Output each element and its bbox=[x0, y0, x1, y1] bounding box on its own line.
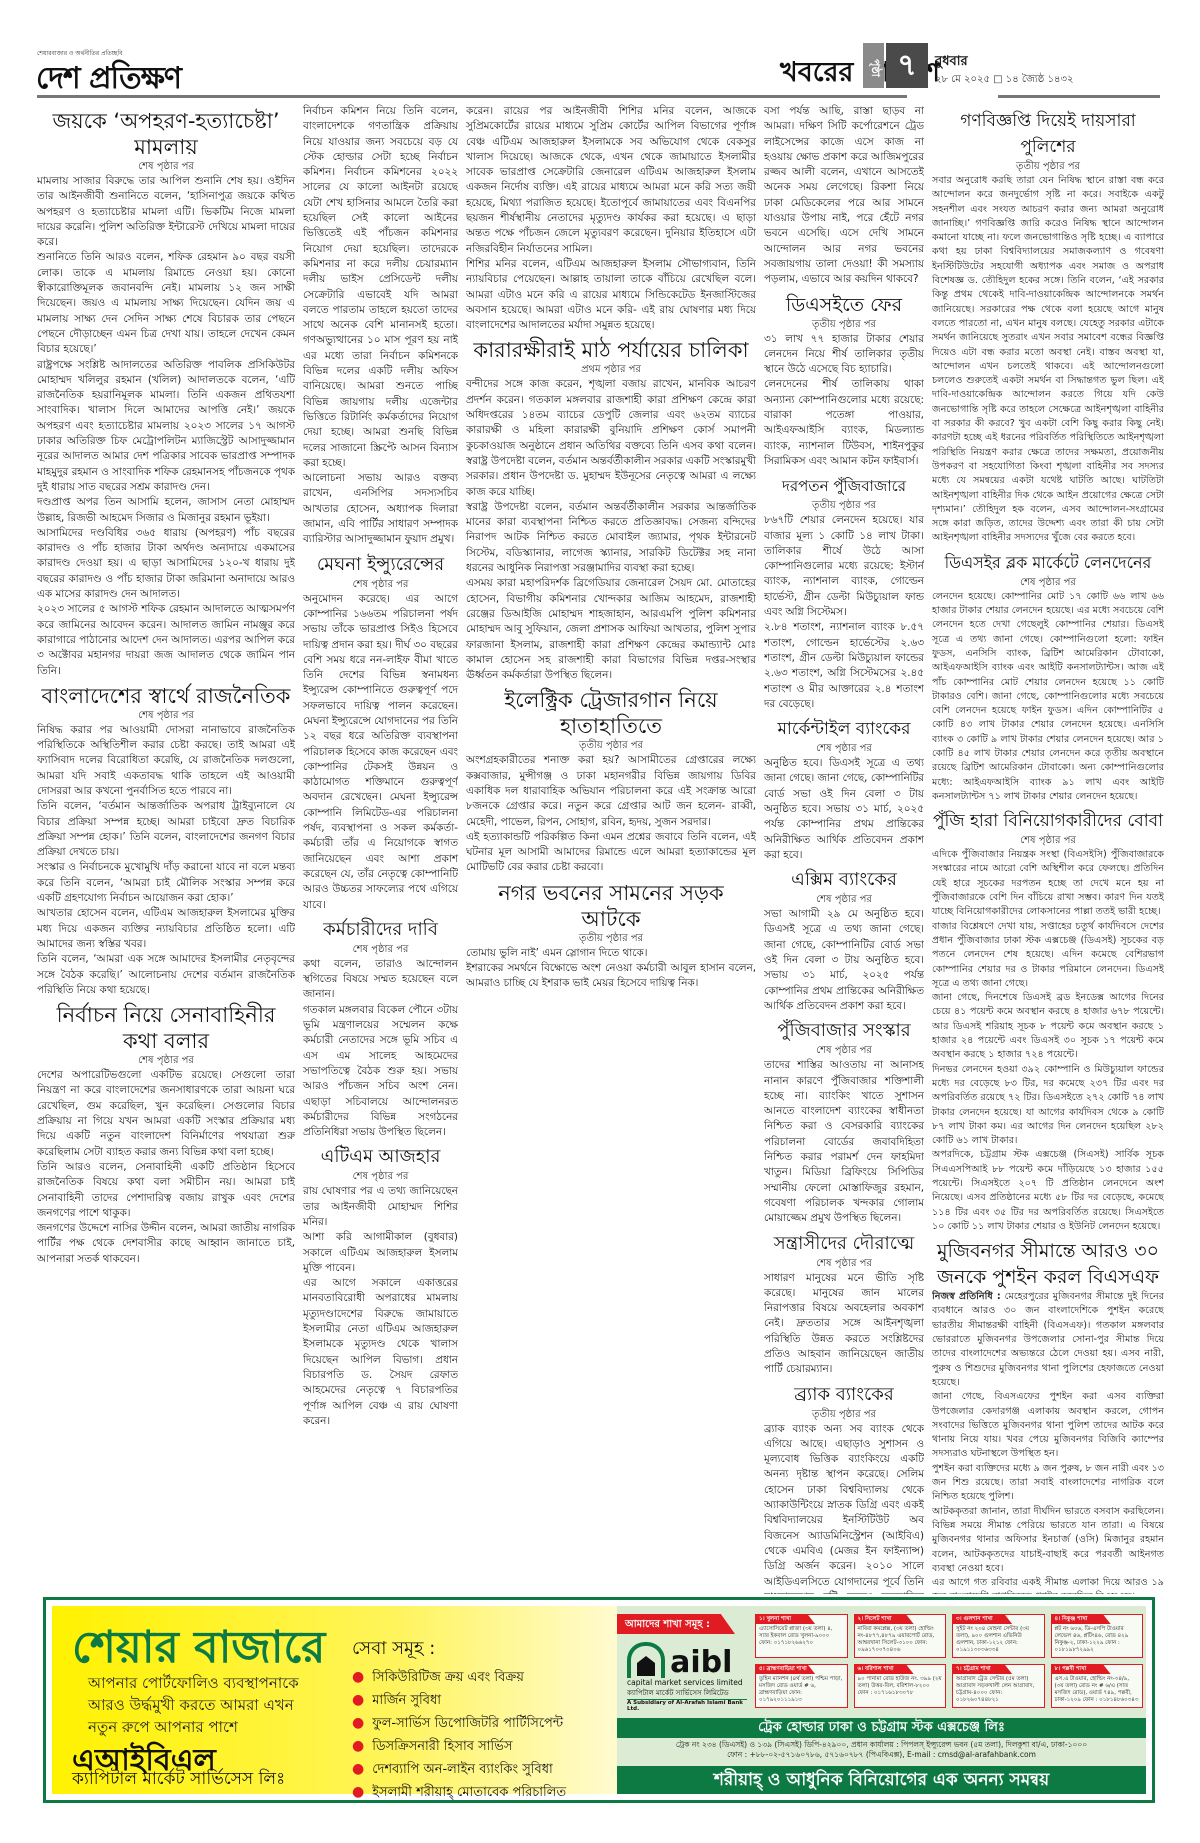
mosque-arch-icon bbox=[627, 1642, 665, 1678]
article-paragraph: দণ্ডপ্রাপ্ত অপর তিন আসামি হলেন, জাসাস নে… bbox=[37, 495, 295, 526]
trek-holder-band: ট্রেক হোল্ডার ঢাকা ও চট্টগ্রাম স্টক এক্স… bbox=[617, 1718, 1146, 1738]
services-title: সেবা সমূহ : bbox=[352, 1634, 435, 1665]
branch-address: এস.এ টাওয়ার, হোল্ডিং নং-৩৪/৯, (৩য় তলা)… bbox=[1055, 1676, 1140, 1704]
article-market-fall[interactable]: দরপতন পুঁজিবাজারে তৃতীয় পৃষ্ঠার পর ৮৬৭ট… bbox=[764, 473, 924, 712]
service-item: ডিসক্রিসনারী হিসাব সার্ভিস bbox=[352, 1735, 566, 1758]
continued-label: শেষ পৃষ্ঠার পর bbox=[764, 1257, 924, 1271]
article-dse-again[interactable]: ডিএসইতে ফের তৃতীয় পৃষ্ঠার পর ৩১ লাখ ৭৭ … bbox=[764, 292, 924, 470]
article-paragraph: আটককৃতরা জানান, তারা দীর্ঘদিন ভারতে বসবা… bbox=[932, 1505, 1164, 1576]
article-paragraph: আখতার হোসেন বলেন, এটিএম আজহারুল ইসলামের … bbox=[37, 906, 295, 952]
masthead: শেয়ারবাজার ও অর্থনীতির প্রতিচ্ছবি দেশ প… bbox=[0, 0, 1200, 100]
ad-slogan: শরীয়াহ্ ও আধুনিক বিনিয়োগের এক অনন্য সম… bbox=[617, 1766, 1146, 1794]
branch-address: সুইট নং ২০৪ মোহনা সেন্টার (৩য় তলা), ৯০০… bbox=[956, 1626, 1041, 1654]
continued-label: তৃতীয় পৃষ্ঠার পর bbox=[466, 739, 756, 753]
continued-label: শেষ পৃষ্ঠার পর bbox=[37, 1054, 295, 1068]
logo-sub-en: capital market services limited bbox=[627, 1678, 747, 1687]
article-paragraph: লেনদেনের শীর্ষ তালিকায় থাকা অন্যান্য কো… bbox=[764, 377, 924, 469]
continued-label: শেষ পৃষ্ঠার পর bbox=[303, 1170, 458, 1184]
article-brac-bank[interactable]: ব্র্যাক ব্যাংকের তৃতীয় পৃষ্ঠার পর ব্র্য… bbox=[764, 1382, 924, 1594]
article-market-reform[interactable]: পুঁজিবাজার সংস্কার শেষ পৃষ্ঠার পর তাদের … bbox=[764, 1018, 924, 1226]
article-city-hall-road[interactable]: নগর ভবনের সামনের সড়ক আটকে তৃতীয় পৃষ্ঠা… bbox=[466, 880, 756, 992]
phone-email[interactable]: ফোন : +৮৮-০২-৫৭১৬০৭৮৬, ৫৭১৬০৭৮৭ (পিএবিএক… bbox=[617, 1750, 1146, 1760]
branch-name: ৫। ব্রাহ্মণবাড়িয়া শাখা bbox=[756, 1665, 815, 1674]
continued-label: শেষ পৃষ্ঠার পর bbox=[303, 943, 458, 957]
continued-label: তৃতীয় পৃষ্ঠার পর bbox=[764, 499, 924, 513]
byline: নিজস্ব প্রতিনিধি : bbox=[932, 1291, 1001, 1302]
continued-label: তৃতীয় পৃষ্ঠার পর bbox=[764, 1408, 924, 1422]
ad-line: আপনার পোর্টফোলিও ব্যবস্থাপনাকে bbox=[88, 1672, 299, 1694]
aibl-advertisement[interactable]: শেয়ার বাজারে আপনার পোর্টফোলিও ব্যবস্থাপ… bbox=[43, 1597, 1155, 1803]
article-paragraph: লেনদেন হয়েছে। কোম্পানির মোট ১৭ কোটি ৬৬ … bbox=[932, 590, 1164, 804]
service-item: দেশব্যাপি অন-লাইন ব্যাংকিং সুবিধা bbox=[352, 1758, 566, 1781]
ad-branch-panel: আমাদের শাখা সমূহ : aibl capital market s… bbox=[617, 1606, 1146, 1794]
column-3: করেন। রায়ের পর আইনজীবী শিশির মনির বলেন,… bbox=[466, 104, 756, 1594]
article-paragraph: আলোচনা সভায় আরও বক্তব্য রাখেন, এনসিপির … bbox=[303, 471, 458, 547]
continued-label: শেষ পৃষ্ঠার পর bbox=[764, 1044, 924, 1058]
article-treasure-gun[interactable]: ইলেক্ট্রিক ট্রেজারগান নিয়ে হাতাহাতিতে ত… bbox=[466, 687, 756, 875]
continued-label: শেষ পৃষ্ঠার পর bbox=[932, 576, 1164, 590]
article-meghna-insurance[interactable]: মেঘনা ইন্স্যুরেন্সের শেষ পৃষ্ঠার পর অনুম… bbox=[303, 552, 458, 913]
article-paragraph: ৮৬৭টি শেয়ার লেনদেন হয়েছে। যার বাজার মূ… bbox=[764, 513, 924, 620]
branch-card: ৬। বরিশাল শাখা৯০ পানামা রোড হাউজ নং. ৩৯৯… bbox=[854, 1664, 947, 1708]
masthead-rule-right bbox=[998, 95, 1160, 98]
article-paragraph: তাদের শাস্তির আওতায় না আনাসহ নানান কারণ… bbox=[764, 1058, 924, 1226]
article-paragraph: জানা গেছে, দিনশেষে ডিএসই ব্রড ইনডেক্স আগ… bbox=[932, 991, 1164, 1062]
column-5: গণবিজ্ঞপ্তি দিয়েই দায়সারা পুলিশের তৃতী… bbox=[932, 104, 1164, 1594]
issue-date: ২৮ মে ২০২৫ □ ১৪ জ্যৈষ্ঠ ১৪৩২ bbox=[935, 72, 1073, 89]
article-paragraph: ২০২৩ সালের ৫ আগস্ট শফিক রেহমান আদালতে আত… bbox=[37, 602, 295, 678]
logo-text: aibl bbox=[670, 1648, 732, 1678]
article-paragraph: করেন। রায়ের পর আইনজীবী শিশির মনির বলেন,… bbox=[466, 104, 756, 257]
article-headline[interactable]: গণবিজ্ঞপ্তি দিয়েই দায়সারা পুলিশের bbox=[932, 108, 1164, 160]
article-paragraph: কথা বলেন, তারাও আন্দোলন স্থগিতের বিষয়ে … bbox=[303, 957, 458, 1003]
article-paragraph: আসামিদের দণ্ডবিধির ৩৬৫ ধারায় (অপহরণ) পা… bbox=[37, 526, 295, 602]
branch-grid: ১। খুলনা শাখাএ্যাসোসিয়েট প্লাজা (৩য় তল… bbox=[755, 1614, 1143, 1708]
article-headline[interactable]: ব্র্যাক ব্যাংকের bbox=[764, 1382, 924, 1408]
article-headline[interactable]: ডিএসইতে ফের bbox=[764, 292, 924, 318]
aibl-logo: aibl capital market services limited ক্য… bbox=[627, 1642, 747, 1712]
article-paragraph: অনুষ্ঠিত হবে। ডিএসই সূত্রে এ তথ্য জানা গ… bbox=[764, 756, 924, 863]
column-1: জয়কে ‘অপহরণ-হত্যাচেষ্টা’ মামলায় শেষ পৃ… bbox=[37, 104, 295, 1594]
article-atm-azhar[interactable]: এটিএম আজহার শেষ পৃষ্ঠার পর রায় ঘোষণার প… bbox=[303, 1144, 458, 1429]
article-paragraph: ৩১ লাখ ৭৭ হাজার টাকার শেয়ার লেনদেন নিয়… bbox=[764, 332, 924, 378]
column-2: নির্বাচন কমিশন নিয়ে তিনি বলেন, বাংলাদেশ… bbox=[303, 104, 458, 1594]
article-paragraph: তিনি বলেন, ‘বর্তমান আন্তর্জাতিক অপরাধ ট্… bbox=[37, 799, 295, 860]
article-paragraph: নির্বাচন কমিশন নিয়ে তিনি বলেন, বাংলাদেশ… bbox=[303, 104, 458, 471]
branch-name: ৩। গুলশান শাখা bbox=[953, 1615, 1012, 1624]
article-paragraph: এই হত্যাকান্ডটি পরিকল্পিত কিনা এমন প্রশ্… bbox=[466, 830, 756, 876]
article-dse-block-market[interactable]: ডিএসইর ব্লক মার্কেটে লেনদেনের শেষ পৃষ্ঠা… bbox=[932, 550, 1164, 804]
article-mercantile-bank[interactable]: মার্কেন্টাইল ব্যাংকের শেষ পৃষ্ঠার পর অনু… bbox=[764, 716, 924, 863]
article-bsf-pushin[interactable]: মুজিবনগর সীমান্তে আরও ৩০ জনকে পুশইন করল … bbox=[932, 1238, 1164, 1594]
branch-card: ৮। পল্লবী শাখাএস.এ টাওয়ার, হোল্ডিং নং-৩… bbox=[1051, 1664, 1144, 1708]
article-investors[interactable]: পুঁজি হারা বিনিয়োগকারীদের বোবা শেষ পৃষ্… bbox=[932, 808, 1164, 1234]
article-paragraph: সাধারণ মানুষের মনে ভীতি সৃষ্টি করেছে। মা… bbox=[764, 1271, 924, 1378]
article-terrorists[interactable]: সন্ত্রাসীদের দৌরাত্মে শেষ পৃষ্ঠার পর সাধ… bbox=[764, 1231, 924, 1378]
services-list: সিকিউরিটিজ ক্রয় এবং বিক্রয় মার্জিন সুব… bbox=[352, 1666, 566, 1804]
article-paragraph: তিনি আরও বলেন, সেনাবাহিনী একটি প্রতিষ্ঠা… bbox=[37, 1160, 295, 1221]
branch-card: ৭। চট্টগ্রাম শাখাআগ্রাবাদ ট্রেড সেন্টার … bbox=[952, 1664, 1045, 1708]
article-exim-bank[interactable]: এক্সিম ব্যাংকের শেষ পৃষ্ঠার পর সভা আগামী… bbox=[764, 867, 924, 1014]
article-army-election[interactable]: নির্বাচন নিয়ে সেনাবাহিনীর কথা বলার শেষ … bbox=[37, 1002, 295, 1267]
column-4: বসা পর্যন্ত আছি, রাস্তা ছাড়ব না আমরা। দ… bbox=[764, 104, 924, 1594]
article-paragraph: বাজার বিশ্লেষণে দেখা যায়, সপ্তাহের চতুর… bbox=[932, 920, 1164, 991]
branch-card: ২। সিলেট শাখানাবিবা কমপ্লেক্স, (৩য় তলা)… bbox=[854, 1614, 947, 1658]
service-item: সিকিউরিটিজ ক্রয় এবং বিক্রয় bbox=[352, 1666, 566, 1689]
service-item: ফুল-সার্ভিস ডিপোজিটরি পার্টিসিপেন্ট bbox=[352, 1712, 566, 1735]
article-joy-case[interactable]: জয়কে ‘অপহরণ-হত্যাচেষ্টা’ মামলায় শেষ পৃ… bbox=[37, 108, 295, 679]
article-police-notice[interactable]: গণবিজ্ঞপ্তি দিয়েই দায়সারা পুলিশের তৃতী… bbox=[932, 108, 1164, 546]
article-paragraph: ২.৮৪ শতাংশ, ন্যাশনাল ব্যাংক ৮.৫৭ শতাংশ, … bbox=[764, 620, 924, 712]
article-headline[interactable]: মার্কেন্টাইল ব্যাংকের bbox=[764, 716, 924, 742]
article-headline[interactable]: পুঁজিবাজার সংস্কার bbox=[764, 1018, 924, 1044]
article-paragraph: তিনি বলেন, ‘আমরা এক সঙ্গে আমাদের ইসলামীর… bbox=[37, 952, 295, 998]
article-headline[interactable]: দরপতন পুঁজিবাজারে bbox=[764, 473, 924, 499]
article-paragraph: মেহেরপুরের মুজিবনগর সীমান্তে দুই দিনের ব… bbox=[932, 1291, 1164, 1388]
contact-info: ট্রেক নং ২৩৪ (ডিএসই) ও ১৩৯ (সিএসই) ডিপি-… bbox=[617, 1740, 1146, 1760]
branch-card: ৫। ব্রাহ্মণবাড়িয়া শাখাতুহিন ম্যানশন (৪… bbox=[755, 1664, 848, 1708]
logo-subsidiary: A Subsidiary of Al-Arafah Islami Bank Lt… bbox=[627, 1700, 747, 1712]
continued-label: শেষ পৃষ্ঠার পর bbox=[303, 578, 458, 592]
branch-card: ১। খুলনা শাখাএ্যাসোসিয়েট প্লাজা (৩য় তল… bbox=[755, 1614, 848, 1658]
article-paragraph: এসময় কারা মহাপরিদর্শক ব্রিগেডিয়ার জেনা… bbox=[466, 576, 756, 683]
article-headline[interactable]: পুঁজি হারা বিনিয়োগকারীদের বোবা bbox=[932, 808, 1164, 834]
branch-card: ৩। গুলশান শাখাসুইট নং ২০৪ মোহনা সেন্টার … bbox=[952, 1614, 1045, 1658]
article-paragraph: দেশের অপারেটিভগুলো একটিভ রয়েছে। সেগুলো … bbox=[37, 1068, 295, 1160]
branch-address: ৯০ পানামা রোড হাউজ নং. ৩৯৯ (২য় তলা) উত্… bbox=[858, 1676, 943, 1697]
article-paragraph: এর আগে সকালে একাত্তরের মানবতাবিরোধী অপরা… bbox=[303, 1276, 458, 1429]
branch-name: ৭। চট্টগ্রাম শাখা bbox=[953, 1665, 1012, 1674]
article-paragraph: বন্দীদের সঙ্গে কাজ করেন, শৃঙ্খলা বজায় র… bbox=[466, 377, 756, 499]
article-headline[interactable]: ইলেক্ট্রিক ট্রেজারগান নিয়ে হাতাহাতিতে bbox=[466, 687, 756, 739]
ad-promo-panel: শেয়ার বাজারে আপনার পোর্টফোলিও ব্যবস্থাপ… bbox=[52, 1606, 617, 1794]
article-paragraph: অপরদিকে, চট্টগ্রাম স্টক এক্সচেঞ্জ (সিএসই… bbox=[932, 1148, 1164, 1234]
branch-address: নাবিবা কমপ্লেক্স, (৩য় তলা) হোল্ডিং নং-৪… bbox=[858, 1626, 943, 1654]
continued-label: প্রথম পৃষ্ঠার পর bbox=[466, 363, 756, 377]
branch-name: ১। খুলনা শাখা bbox=[756, 1615, 815, 1624]
article-paragraph: অংশগ্রহকারীতের শনাক্ত করা হয়? আসামীতের … bbox=[466, 753, 756, 829]
page-number: ৭ bbox=[886, 43, 928, 88]
logo-sub-bn: ক্যাপিটাল মার্কেট সার্ভিসেস লিমিটেড bbox=[627, 1687, 747, 1700]
continued-label: তৃতীয় পৃষ্ঠার পর bbox=[932, 160, 1164, 174]
issue-day: বুধবার bbox=[935, 52, 968, 73]
article-headline[interactable]: এটিএম আজহার bbox=[303, 1144, 458, 1170]
article-headline[interactable]: নগর ভবনের সামনের সড়ক আটকে bbox=[466, 880, 756, 932]
continued-label: তৃতীয় পৃষ্ঠার পর bbox=[764, 318, 924, 332]
article-paragraph: নিষিদ্ধ করার পর আওয়ামী দোসরা নানাভাবে র… bbox=[37, 723, 295, 799]
article-political[interactable]: বাংলাদেশের স্বার্থে রাজনৈতিক শেষ পৃষ্ঠার… bbox=[37, 683, 295, 998]
ad-line: নতুন রুপে আপনার পাশে bbox=[88, 1716, 299, 1738]
article-headline[interactable]: সন্ত্রাসীদের দৌরাত্মে bbox=[764, 1231, 924, 1257]
article-paragraph: জনগণের উদ্দেশে নাসির উদ্দীন বলেন, আমরা জ… bbox=[37, 1221, 295, 1267]
article-paragraph: মামলায় সাজার বিরুদ্ধে তার আপিল শুনানি শ… bbox=[37, 174, 295, 250]
article-employees-demand[interactable]: কর্মচারীদের দাবি শেষ পৃষ্ঠার পর কথা বলেন… bbox=[303, 917, 458, 1141]
branch-address: এ্যাসোসিয়েট প্লাজা (৩য় তলা) ৪, স্যার ই… bbox=[759, 1626, 844, 1647]
article-paragraph: গতকাল মঙ্গলবার বিকেল পৌনে ৩টায় ভূমি মন্… bbox=[303, 1003, 458, 1141]
continued-label: শেষ পৃষ্ঠার পর bbox=[932, 834, 1164, 848]
branch-address: আগ্রাবাদ ট্রেড সেন্টার (৫ম তলা) আগ্রাবাদ… bbox=[956, 1676, 1041, 1704]
article-paragraph: শুনানিতে তিনি আরও বলেন, শফিক রেহমান ৯০ ব… bbox=[37, 250, 295, 357]
branch-address: তুহিন ম্যানশন (৪র্থ তলা) পশ্চিম পাড়া, ম… bbox=[759, 1676, 844, 1704]
article-paragraph: পুশইন করা ব্যক্তিদের মধ্যে ৯ জন পুরুষ, ৮… bbox=[932, 1462, 1164, 1505]
article-headline[interactable]: কর্মচারীদের দাবি bbox=[303, 917, 458, 943]
article-paragraph: আশা করি আগামীকাল (বুধবার) সকালে এটিএম আজ… bbox=[303, 1230, 458, 1276]
article-paragraph: রাষ্ট্রপক্ষে সংশ্লিষ্ট আদালতের অতিরিক্ত … bbox=[37, 358, 295, 496]
article-paragraph: এর আগে গত রবিবার একই সীমান্ত এলাকা দিয়ে… bbox=[932, 1576, 1164, 1594]
ad-tagline: আপনার পোর্টফোলিও ব্যবস্থাপনাকে আরও উর্দ্… bbox=[88, 1672, 299, 1738]
page-label: পৃষ্ঠা bbox=[863, 43, 884, 88]
article-paragraph: সংস্কার ও নির্বাচনকে মুখোমুখি দাঁড় করান… bbox=[37, 860, 295, 906]
continued-label: তৃতীয় পৃষ্ঠার পর bbox=[466, 932, 756, 946]
article-paragraph: তোমায় ভুলি নাই’ এমন স্লোগান দিতে থাকে। bbox=[466, 946, 756, 961]
article-paragraph: অনুমোদন করেছে। এর আগে কোম্পানির ১৬৬তম পর… bbox=[303, 592, 458, 913]
branch-address: প্লট নং ৬০৬, ডি-এসপি টাওয়ার লেভেল ৪৬, প… bbox=[1055, 1626, 1140, 1654]
article-paragraph: সবার অনুরোধ করছি তারা যেন নিষিদ্ধ স্থানে… bbox=[932, 174, 1164, 546]
article-paragraph: স্বরাষ্ট্র উপদেষ্টা বলেন, বর্তমান অন্তর্… bbox=[466, 500, 756, 576]
article-headline[interactable]: জয়কে ‘অপহরণ-হত্যাচেষ্টা’ মামলায় bbox=[37, 108, 295, 160]
continued-label: শেষ পৃষ্ঠার পর bbox=[764, 893, 924, 907]
continued-label: শেষ পৃষ্ঠার পর bbox=[764, 742, 924, 756]
article-headline[interactable]: বাংলাদেশের স্বার্থে রাজনৈতিক bbox=[37, 683, 295, 709]
ad-brand-sub: ক্যাপিটাল মার্কেট সার্ভিসেস লিঃ bbox=[72, 1766, 285, 1794]
branch-name: ৪। নিকুঞ্জ শাখা bbox=[1052, 1615, 1111, 1624]
head-office-address: ট্রেক নং ২৩৪ (ডিএসই) ও ১৩৯ (সিএসই) ডিপি-… bbox=[617, 1740, 1146, 1750]
article-paragraph: ইশরাকের সমর্থনে বিক্ষোভে অংশ নেওয়া কর্ম… bbox=[466, 961, 756, 992]
article-headline[interactable]: মুজিবনগর সীমান্তে আরও ৩০ জনকে পুশইন করল … bbox=[932, 1238, 1164, 1290]
article-paragraph: বসা পর্যন্ত আছি, রাস্তা ছাড়ব না আমরা। দ… bbox=[764, 104, 924, 288]
article-headline[interactable]: এক্সিম ব্যাংকের bbox=[764, 867, 924, 893]
article-headline[interactable]: নির্বাচন নিয়ে সেনাবাহিনীর কথা বলার bbox=[37, 1002, 295, 1054]
article-headline[interactable]: ডিএসইর ব্লক মার্কেটে লেনদেনের bbox=[932, 550, 1164, 576]
branch-name: ৮। পল্লবী শাখা bbox=[1052, 1665, 1111, 1674]
article-paragraph: দিনভর লেনদেন হওয়া ৩৯২ কোম্পানি ও মিউচ্য… bbox=[932, 1063, 1164, 1149]
branch-name: ২। সিলেট শাখা bbox=[855, 1615, 914, 1624]
article-headline[interactable]: কারারক্ষীরাই মাঠ পর্যায়ের চালিকা bbox=[466, 337, 756, 363]
article-paragraph: শিশির মনির বলেন, এটিএম আজহারুল ইসলাম সৌভ… bbox=[466, 257, 756, 333]
article-headline[interactable]: মেঘনা ইন্স্যুরেন্সের bbox=[303, 552, 458, 578]
branch-name: ৬। বরিশাল শাখা bbox=[855, 1665, 914, 1674]
masthead-rule bbox=[37, 95, 907, 98]
service-item: ইসলামী শরীয়াহ্ মোতাবেক পরিচালিত bbox=[352, 1781, 566, 1804]
continued-label: শেষ পৃষ্ঠার পর bbox=[37, 709, 295, 723]
article-paragraph: জানা গেছে, বিএসএফের পুশইন করা এসব ব্যক্ত… bbox=[932, 1390, 1164, 1461]
branches-title: আমাদের শাখা সমূহ : bbox=[617, 1614, 735, 1634]
article-prison-guards[interactable]: কারারক্ষীরাই মাঠ পর্যায়ের চালিকা প্রথম … bbox=[466, 337, 756, 683]
article-paragraph: সভা আগামী ২৯ মে অনুষ্ঠিত হবে। ডিএসই সূত্… bbox=[764, 907, 924, 1014]
article-paragraph: রায় ঘোষণার পর এ তথ্য জানিয়েছেন তার আইন… bbox=[303, 1184, 458, 1230]
ad-line: আরও উর্দ্ধমুখী করতে আমরা এখন bbox=[88, 1694, 299, 1716]
continued-label: শেষ পৃষ্ঠার পর bbox=[37, 160, 295, 174]
article-paragraph: ব্র্যাক ব্যাংক অন্য সব ব্যাংক থেকে এগিয়… bbox=[764, 1422, 924, 1594]
service-item: মার্জিন সুবিধা bbox=[352, 1689, 566, 1712]
branch-card: ৪। নিকুঞ্জ শাখাপ্লট নং ৬০৬, ডি-এসপি টাওয… bbox=[1051, 1614, 1144, 1658]
article-paragraph: এদিকে পুঁজিবাজার নিয়ন্ত্রক সংস্থা (বিএস… bbox=[932, 848, 1164, 919]
